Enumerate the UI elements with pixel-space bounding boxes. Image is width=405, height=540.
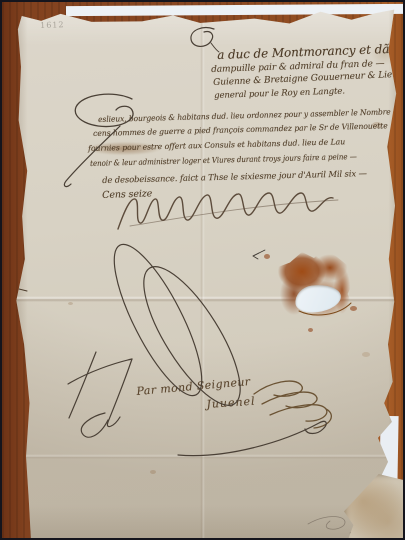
wax-speck: [308, 328, 313, 332]
wax-speck: [350, 306, 357, 311]
body-line-6: Cens seize: [102, 188, 152, 201]
backing-sheet-top: [66, 4, 405, 16]
body-line-2: cens hommes de guerre a pied françois co…: [93, 121, 388, 138]
wax-speck: [264, 254, 270, 259]
fold-crease-lower: [14, 454, 402, 459]
foxing-spot: [362, 352, 370, 357]
arrow-pen-mark-icon: [253, 250, 265, 259]
letterhead-line-4: general pour le Roy en Langte.: [214, 86, 345, 101]
pencil-inventory-number: 1612: [40, 20, 65, 30]
countersignature-line-1: Par mond Seigneur: [136, 375, 251, 398]
countersignature-line-2: Juuenel: [206, 395, 256, 411]
countersignature-paraph-icon: [254, 381, 331, 428]
foxing-spot: [68, 302, 73, 305]
header-initial-flourish-icon: [191, 28, 219, 52]
photo-frame: 1612 a duc de Montmorancy et dã dampuill…: [0, 0, 405, 540]
underline-swoosh-icon: [178, 421, 326, 455]
montmorency-signature-text: Montmorency: [14, 8, 15, 9]
foxing-spot: [150, 470, 156, 474]
fold-crease-vertical: [200, 8, 205, 540]
lower-left-flourish-icon: [68, 352, 132, 437]
manuscript-paper: 1612 a duc de Montmorancy et dã dampuill…: [14, 8, 402, 540]
body-line-5: de desobeissance. faict a Thse le sixies…: [102, 168, 367, 185]
fold-tick-mark: [15, 288, 27, 291]
